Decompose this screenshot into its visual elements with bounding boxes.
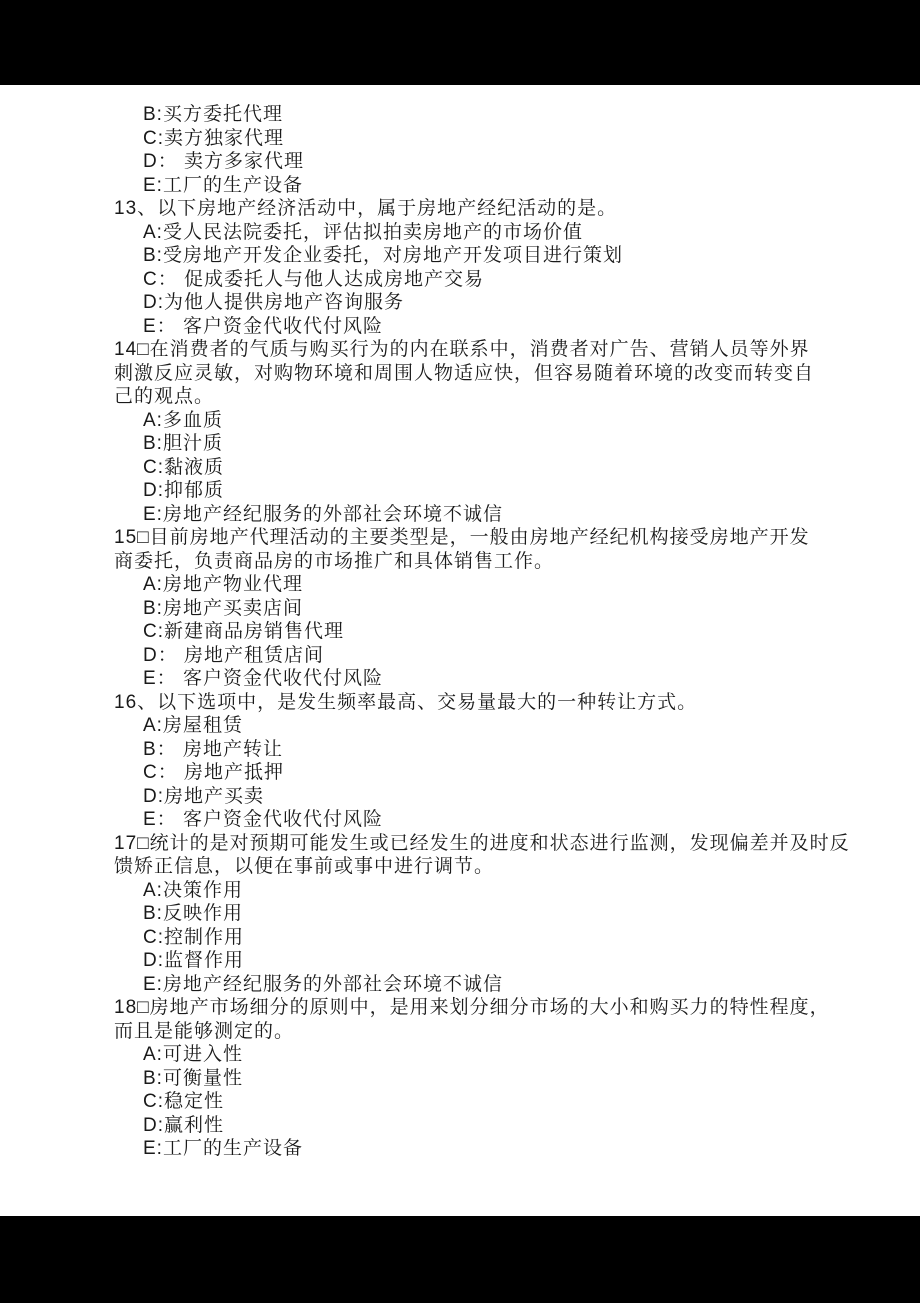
question-stem-line: 商委托，负责商品房的市场推广和具体销售工作。 (0, 550, 920, 574)
option-line: A:可进入性 (0, 1043, 920, 1067)
option-line: D： 卖方多家代理 (0, 150, 920, 174)
question-stem-line: 而且是能够测定的。 (0, 1020, 920, 1044)
option-line: E： 客户资金代收代付风险 (0, 808, 920, 832)
option-line: E:工厂的生产设备 (0, 1137, 920, 1161)
option-line: C:新建商品房销售代理 (0, 620, 920, 644)
option-line: C:稳定性 (0, 1090, 920, 1114)
option-line: E： 客户资金代收代付风险 (0, 315, 920, 339)
option-line: A:房地产物业代理 (0, 573, 920, 597)
question-block: 16、以下选项中，是发生频率最高、交易量最大的一种转让方式。A:房屋租赁B： 房… (0, 691, 920, 832)
option-line: E:工厂的生产设备 (0, 174, 920, 198)
question-block: 17□统计的是对预期可能发生或已经发生的进度和状态进行监测，发现偏差并及时反馈矫… (0, 832, 920, 997)
option-line: C： 促成委托人与他人达成房地产交易 (0, 268, 920, 292)
question-stem-line: 13、以下房地产经济活动中，属于房地产经纪活动的是。 (0, 197, 920, 221)
option-line: D:监督作用 (0, 949, 920, 973)
question-block: 13、以下房地产经济活动中，属于房地产经纪活动的是。A:受人民法院委托，评估拟拍… (0, 197, 920, 338)
option-line: B： 房地产转让 (0, 738, 920, 762)
question-stem-line: 16、以下选项中，是发生频率最高、交易量最大的一种转让方式。 (0, 691, 920, 715)
option-line: A:多血质 (0, 409, 920, 433)
option-line: B:可衡量性 (0, 1067, 920, 1091)
option-line: D:抑郁质 (0, 479, 920, 503)
option-line: B:胆汁质 (0, 432, 920, 456)
option-line: A:决策作用 (0, 879, 920, 903)
option-line: E： 客户资金代收代付风险 (0, 667, 920, 691)
exam-content: B:买方委托代理C:卖方独家代理D： 卖方多家代理E:工厂的生产设备13、以下房… (0, 85, 920, 1161)
question-stem-line: 17□统计的是对预期可能发生或已经发生的进度和状态进行监测，发现偏差并及时反 (0, 832, 920, 856)
question-block: 15□目前房地产代理活动的主要类型是，一般由房地产经纪机构接受房地产开发商委托，… (0, 526, 920, 691)
top-letterbox-bar (0, 0, 920, 85)
option-line: A:房屋租赁 (0, 714, 920, 738)
option-line: C:控制作用 (0, 926, 920, 950)
option-line: C:黏液质 (0, 456, 920, 480)
question-stem-line: 馈矫正信息，以便在事前或事中进行调节。 (0, 855, 920, 879)
option-line: B:房地产买卖店间 (0, 597, 920, 621)
option-line: D： 房地产租赁店间 (0, 644, 920, 668)
option-line: E:房地产经纪服务的外部社会环境不诚信 (0, 973, 920, 997)
bottom-letterbox-bar (0, 1216, 920, 1303)
option-line: D:赢利性 (0, 1114, 920, 1138)
question-block: 14□在消费者的气质与购买行为的内在联系中，消费者对广告、营销人员等外界刺激反应… (0, 338, 920, 526)
question-stem-line: 18□房地产市场细分的原则中，是用来划分细分市场的大小和购买力的特性程度， (0, 996, 920, 1020)
question-block: B:买方委托代理C:卖方独家代理D： 卖方多家代理E:工厂的生产设备 (0, 103, 920, 197)
question-stem-line: 己的观点。 (0, 385, 920, 409)
exam-document-page: B:买方委托代理C:卖方独家代理D： 卖方多家代理E:工厂的生产设备13、以下房… (0, 0, 920, 1303)
option-line: A:受人民法院委托，评估拟拍卖房地产的市场价值 (0, 221, 920, 245)
question-block: 18□房地产市场细分的原则中，是用来划分细分市场的大小和购买力的特性程度，而且是… (0, 996, 920, 1161)
option-line: C:卖方独家代理 (0, 127, 920, 151)
option-line: B:受房地产开发企业委托，对房地产开发项目进行策划 (0, 244, 920, 268)
option-line: B:买方委托代理 (0, 103, 920, 127)
question-stem-line: 15□目前房地产代理活动的主要类型是，一般由房地产经纪机构接受房地产开发 (0, 526, 920, 550)
option-line: C： 房地产抵押 (0, 761, 920, 785)
option-line: E:房地产经纪服务的外部社会环境不诚信 (0, 503, 920, 527)
option-line: D:房地产买卖 (0, 785, 920, 809)
option-line: D:为他人提供房地产咨询服务 (0, 291, 920, 315)
option-line: B:反映作用 (0, 902, 920, 926)
question-stem-line: 14□在消费者的气质与购买行为的内在联系中，消费者对广告、营销人员等外界 (0, 338, 920, 362)
question-stem-line: 刺激反应灵敏，对购物环境和周围人物适应快，但容易随着环境的改变而转变自 (0, 362, 920, 386)
